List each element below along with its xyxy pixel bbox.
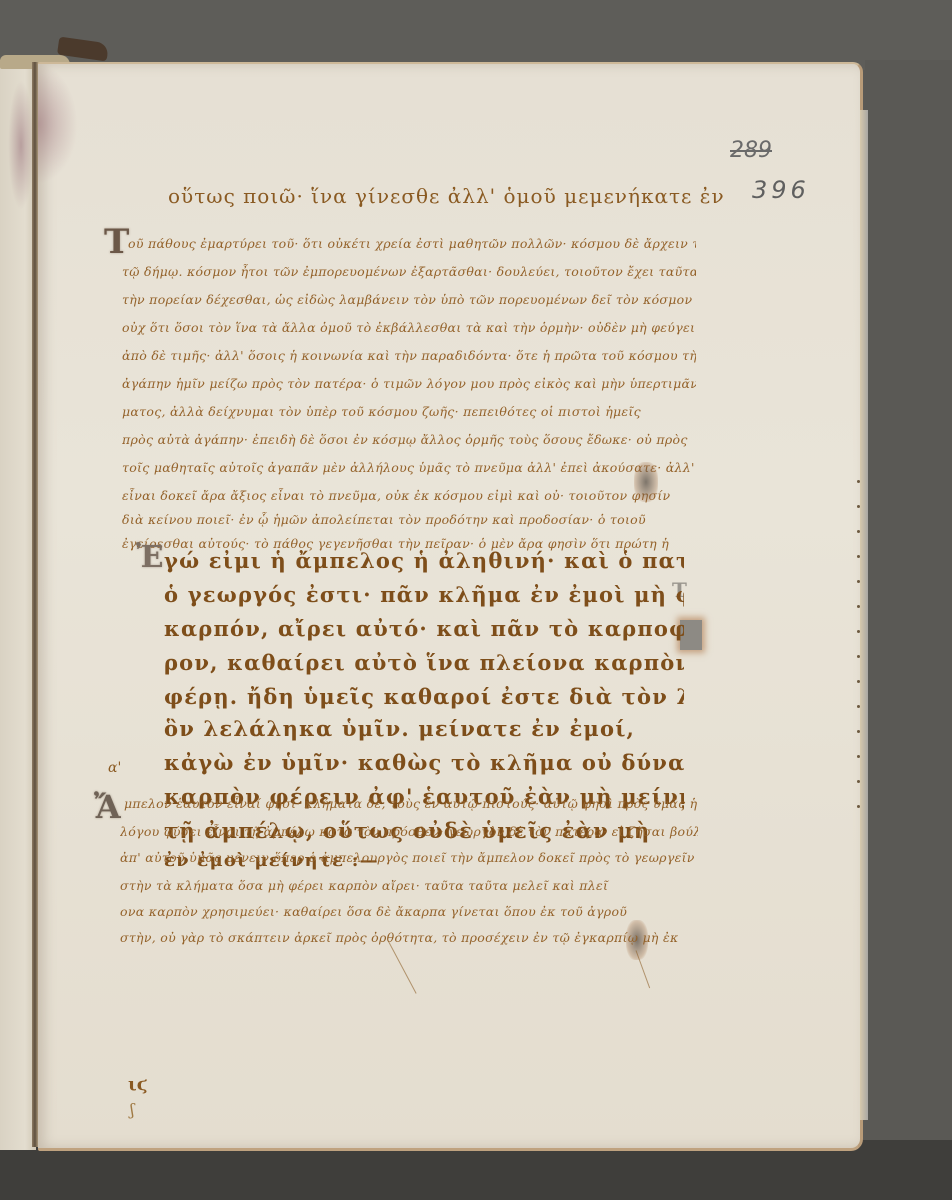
commentary-line: ἀπὸ δὲ τιμῆς· ἀλλ' ὅσοις ἡ κοινωνία καὶ …: [122, 348, 696, 363]
pricking-mark: [857, 480, 860, 483]
facing-leaf-edge: [0, 60, 36, 1150]
page-edge: [860, 110, 868, 1120]
pricking-mark: [857, 555, 860, 558]
pricking-mark: [857, 705, 860, 708]
lemma-line: κἀγὼ ἐν ὑμῖν· καθὼς τὸ κλῆμα οὐ δύναται: [164, 750, 684, 775]
gutter: [32, 62, 38, 1147]
commentary-line: λόγου φύσει εἶναι τῇ ἀμπέλῳ κατὰ τὸν πρό…: [120, 824, 698, 839]
background-right: [865, 60, 952, 1160]
pricking-mark: [857, 780, 860, 783]
lemma-line: ὁ γεωργός ἐστι· πᾶν κλῆμα ἐν ἐμοὶ μὴ φέρ…: [164, 582, 684, 607]
pricking-mark: [857, 505, 860, 508]
initial-tau: Τ: [104, 222, 129, 262]
pricking-mark: [857, 730, 860, 733]
pricking-mark: [857, 755, 860, 758]
initial-alpha: Ἄ: [94, 788, 121, 826]
commentary-line: ματος, ἀλλὰ δείχνυμαι τὸν ὑπὲρ τοῦ κόσμο…: [122, 404, 696, 419]
quire-flourish: ʃ: [130, 1100, 134, 1119]
heading-line: οὕτως ποιῶ· ἵνα γίνεσθε ἀλλ' ὁμοῦ μεμενή…: [168, 184, 728, 208]
folio-number-struck: 289: [730, 138, 772, 163]
lemma-line: φέρῃ. ἤδη ὑμεῖς καθαροί ἐστε διὰ τὸν λόγ…: [164, 684, 684, 709]
ink-blot: [634, 462, 658, 502]
commentary-line: τῷ δήμῳ. κόσμον ἦτοι τῶν ἐμπορευομένων ἐ…: [122, 264, 696, 279]
commentary-line: μπελον ἑαυτὸν εἶναί φησι· κλήματα δέ, το…: [124, 796, 698, 811]
folio-number: 396: [752, 176, 810, 204]
commentary-line: στὴν τὰ κλήματα ὅσα μὴ φέρει καρπὸν αἴρε…: [120, 878, 698, 893]
commentary-line: στὴν, οὐ γὰρ τὸ σκάπτειν ἀρκεῖ πρὸς ὀρθό…: [120, 930, 698, 945]
gutter-stain: [38, 64, 78, 184]
commentary-line: τὴν πορείαν δέχεσθαι, ὡς εἰδὼς λαμβάνειν…: [122, 292, 696, 307]
lemma-line: ρον, καθαίρει αὐτὸ ἵνα πλείονα καρπὸν: [164, 650, 684, 675]
commentary-line: οὐχ ὅτι ὅσοι τὸν ἵνα τὰ ἄλλα ὁμοῦ τὸ ἐκβ…: [122, 320, 696, 335]
pricking-mark: [857, 530, 860, 533]
quire-signature: ιϛ: [128, 1074, 148, 1095]
commentary-line: τοῖς μαθηταῖς αὐτοῖς ἀγαπᾶν μὲν ἀλλήλους…: [122, 460, 696, 475]
pricking-mark: [857, 680, 860, 683]
pricking-mark: [857, 605, 860, 608]
background-top: [0, 0, 952, 70]
pricking-mark: [857, 655, 860, 658]
pricking-mark: [857, 805, 860, 808]
pricking-mark: [857, 580, 860, 583]
lemma-line: γώ εἰμι ἡ ἄμπελος ἡ ἀληθινή· καὶ ὁ πατήρ…: [164, 548, 684, 573]
commentary-line: ἀπ' αὐτοῦ ὑμᾶς μένειν ὅπερ ὁ ἀμπελουργὸς…: [120, 850, 698, 865]
commentary-line: ἀγάπην ἡμῖν μείζω πρὸς τὸν πατέρα· ὁ τιμ…: [122, 376, 696, 391]
stain: [8, 80, 34, 210]
commentary-line: πρὸς αὐτὰ ἀγάπην· ἐπειδὴ δὲ ὅσοι ἐν κόσμ…: [122, 432, 696, 447]
commentary-line: ονα καρπὸν χρησιμεύει· καθαίρει ὅσα δὲ ἄ…: [120, 904, 698, 919]
lemma-line: ὃν λελάληκα ὑμῖν. μείνατε ἐν ἐμοί,: [164, 716, 684, 741]
commentary-line: διὰ κείνου ποιεῖ· ἐν ᾧ ἡμῶν ἀπολείπεται …: [122, 512, 696, 527]
commentary-line: οῦ πάθους ἐμαρτύρει τοῦ· ὅτι οὐκέτι χρεί…: [128, 236, 696, 251]
pricking-mark: [857, 630, 860, 633]
lemma-line: καρπόν, αἴρει αὐτό· καὶ πᾶν τὸ καρποφε: [164, 616, 684, 641]
initial-epsilon: Ἐ: [136, 540, 164, 575]
commentary-line: εἶναι δοκεῖ ἄρα ἄξιος εἶναι τὸ πνεῦμα, ο…: [122, 488, 696, 503]
margin-numeral: α': [108, 760, 121, 776]
